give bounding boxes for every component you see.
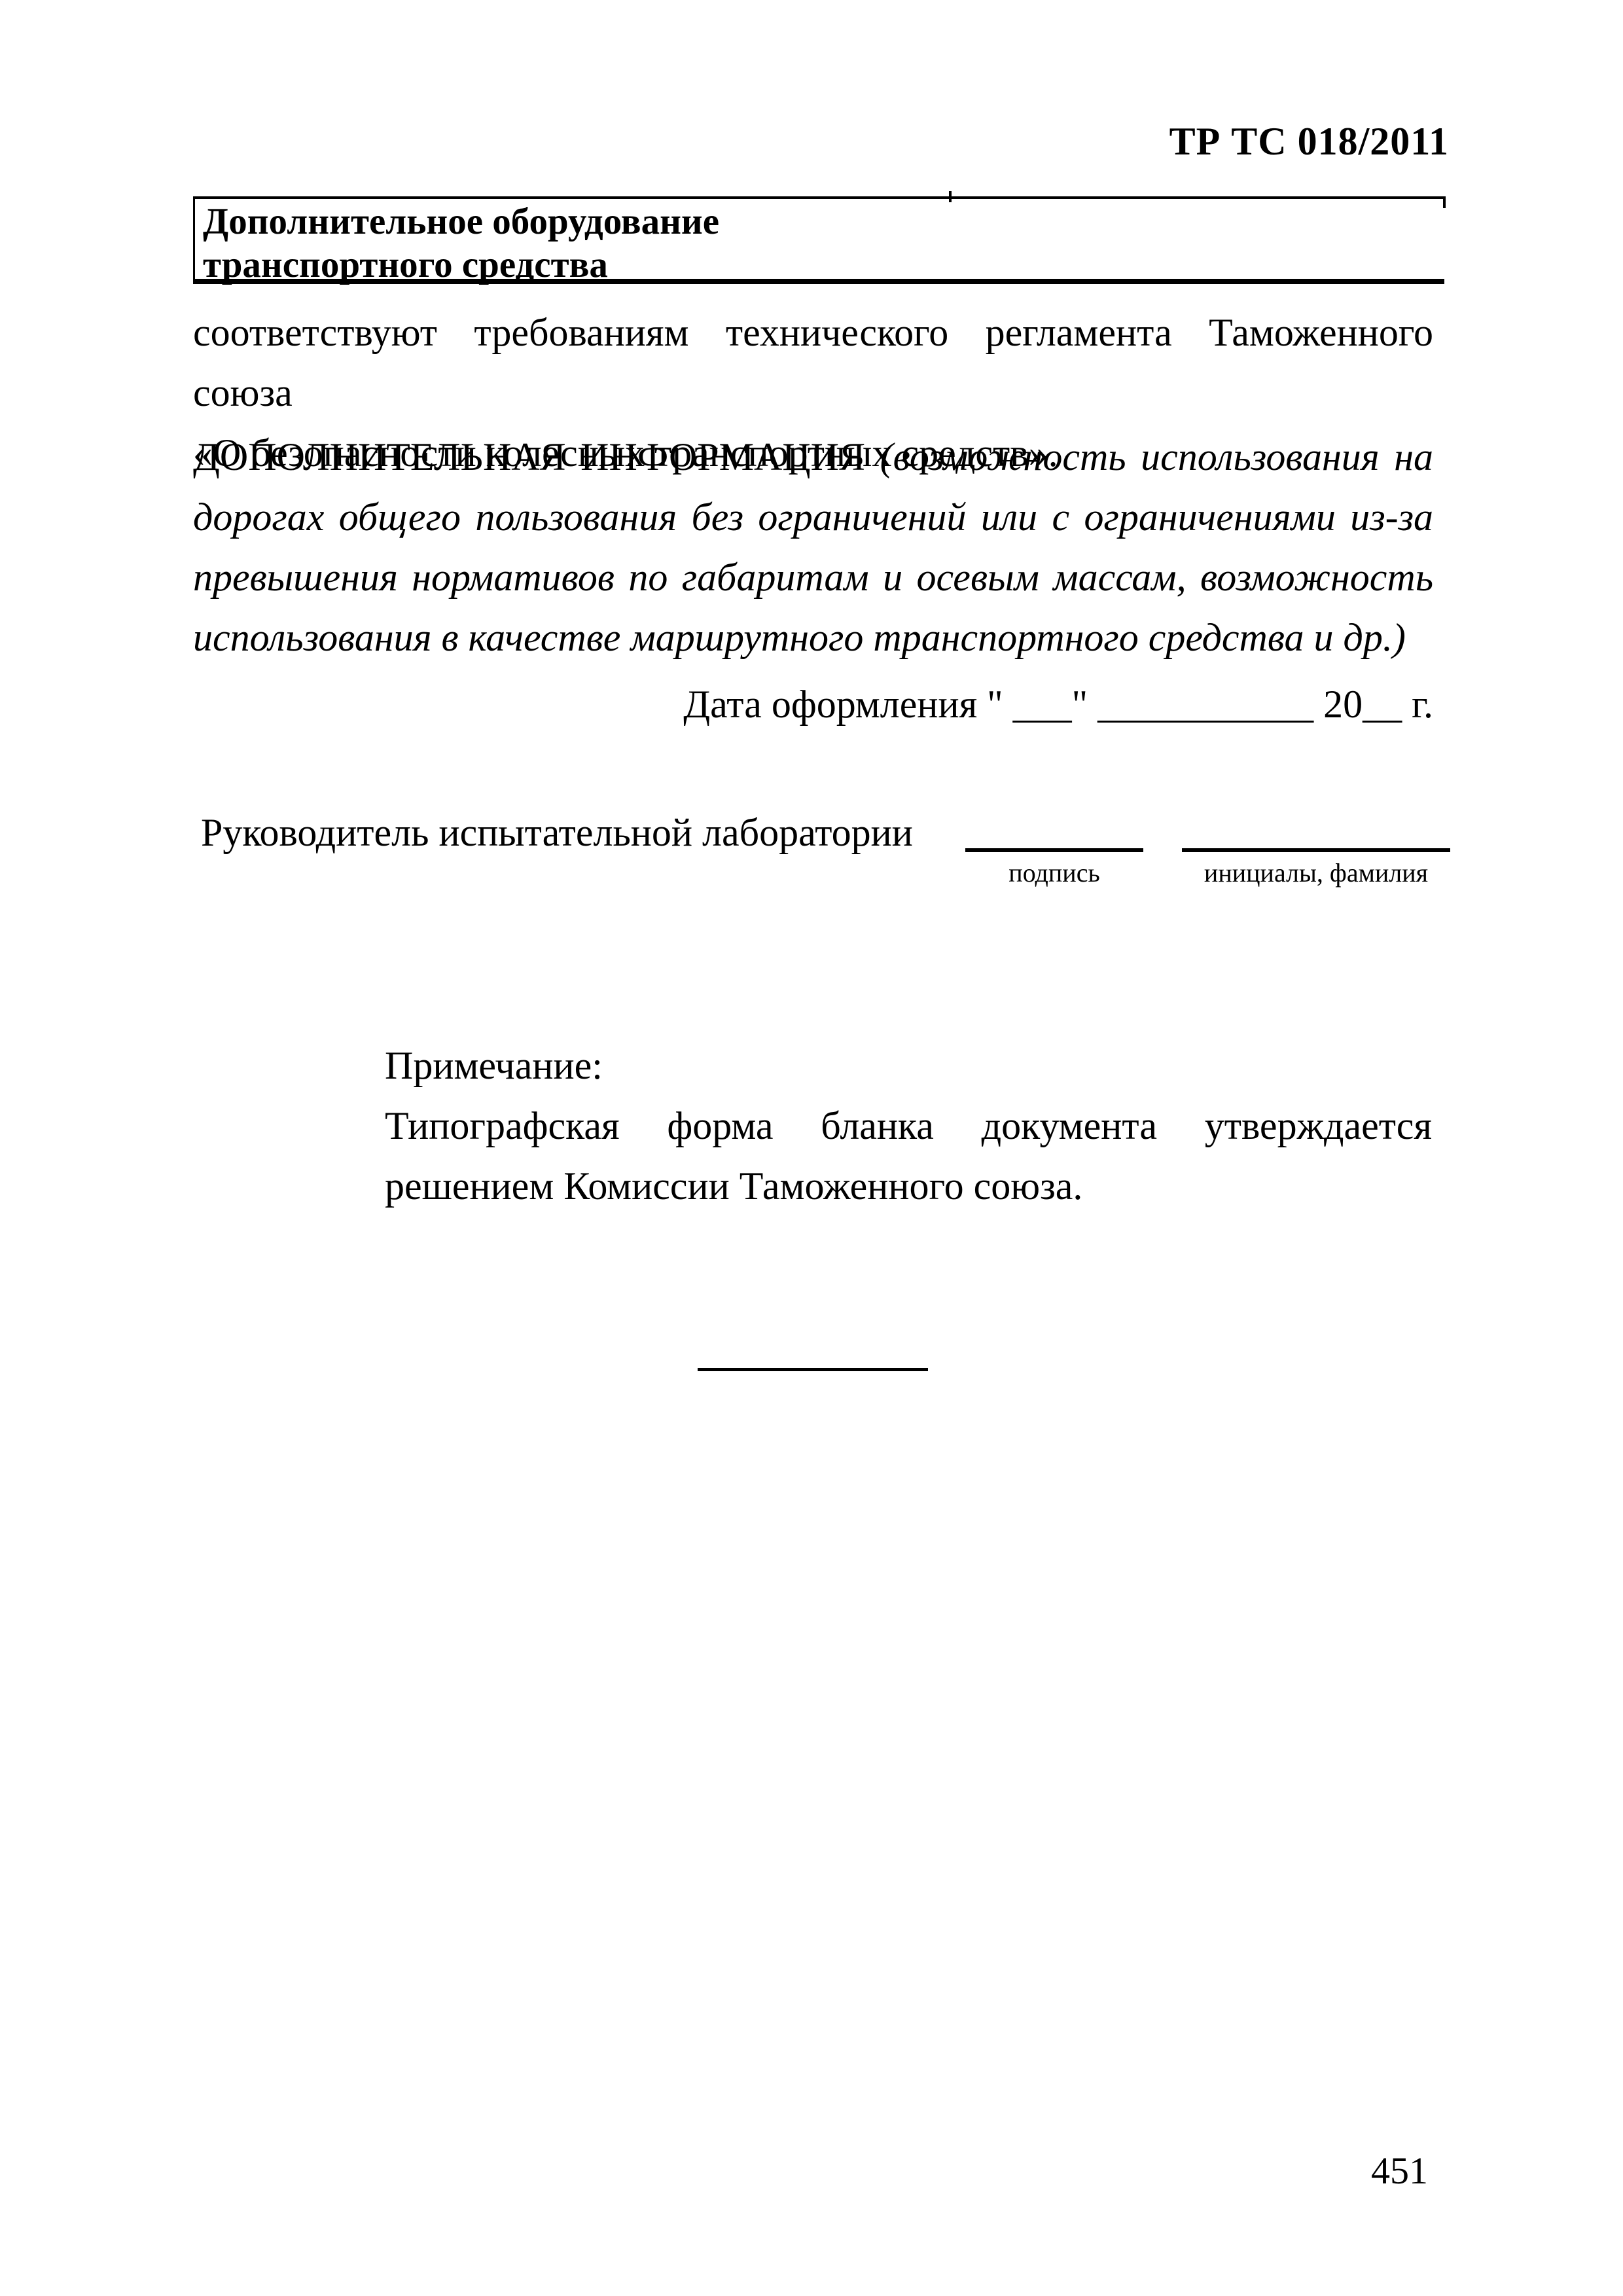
separator-rule xyxy=(698,1368,928,1371)
table-corner-tick xyxy=(1443,196,1446,208)
page-number: 451 xyxy=(1371,2152,1428,2190)
additional-info-paragraph: ДОПОЛНИТЕЛЬНАЯ ИНФОРМАЦИЯ (возможность и… xyxy=(193,427,1433,668)
regulation-code: ТР ТС 018/2011 xyxy=(1169,122,1449,161)
document-page: ТР ТС 018/2011 Дополнительное оборудован… xyxy=(0,0,1623,2296)
table-column-tick xyxy=(949,191,952,202)
note-block: Примечание: Типографская форма бланка до… xyxy=(385,1035,1432,1216)
form-header-line-2: транспортного средства xyxy=(195,242,1444,285)
date-of-issue-line: Дата оформления " ___" ___________ 20__ … xyxy=(193,674,1433,734)
note-title: Примечание: xyxy=(385,1035,1432,1096)
initials-surname-caption: инициалы, фамилия xyxy=(1182,857,1450,889)
signature-caption: подпись xyxy=(965,857,1143,889)
note-line-1: Типографская форма бланка документа утве… xyxy=(385,1096,1432,1156)
additional-info-line-1: ДОПОЛНИТЕЛЬНАЯ ИНФОРМАЦИЯ (возможность и… xyxy=(193,427,1433,487)
additional-info-line-2: дорогах общего пользования без ограничен… xyxy=(193,487,1433,547)
form-header-box: Дополнительное оборудование транспортног… xyxy=(193,196,1444,284)
additional-info-line-4: использования в качестве маршрутного тра… xyxy=(193,607,1433,668)
signature-line xyxy=(965,848,1143,852)
note-line-2: решением Комиссии Таможенного союза. xyxy=(385,1156,1432,1216)
additional-info-lead: ДОПОЛНИТЕЛЬНАЯ ИНФОРМАЦИЯ xyxy=(193,435,880,478)
signature-role-label: Руководитель испытательной лаборатории xyxy=(201,802,913,863)
additional-info-line-3: превышения нормативов по габаритам и осе… xyxy=(193,547,1433,607)
initials-surname-line xyxy=(1182,848,1450,852)
additional-info-lead-italic: (возможность использования на xyxy=(880,435,1433,478)
compliance-line-1: соответствуют требованиям технического р… xyxy=(193,302,1433,423)
form-header-line-1: Дополнительное оборудование xyxy=(195,199,1444,242)
